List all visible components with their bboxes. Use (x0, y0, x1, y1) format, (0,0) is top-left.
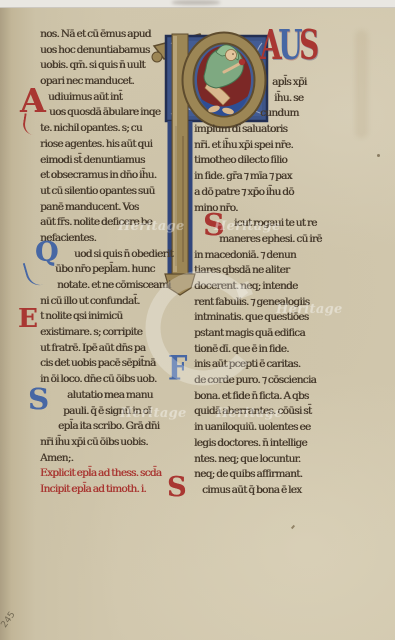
text-line: pauli. q̄ ē signū in oī (63, 404, 172, 420)
text-line: Explicit epl̄a ad thess. scd̄a (40, 466, 172, 482)
text-line: te. nichil opantes. s; cu (40, 121, 172, 137)
initial-f-finis: F (168, 352, 187, 386)
red-flower (239, 59, 245, 65)
parchment-stain (355, 30, 368, 138)
text-line: ni cū illo ut confundat̄. (40, 294, 172, 310)
text-line: et obsecramus in dn̄o ih̄u. (40, 168, 172, 184)
initial-s-scimus: S (167, 474, 187, 501)
text-line: uos hoc denuntiabamus (40, 43, 172, 59)
text-line: quidā aberrantes. cōūsi st̄ (194, 404, 320, 420)
text-line: Incipit epl̄a ad timoth. i. (40, 482, 172, 498)
text-line: nr̄i. et ih̄u xp̄i spei nr̄e. (194, 138, 320, 154)
cropped-header-smudge (172, 0, 220, 5)
text-line: intminatis. que questiōes (194, 310, 320, 326)
text-line: docerent. neq; intende (194, 279, 320, 295)
text-line: ntes. neq; que locuntur. (194, 452, 320, 468)
text-line: uos quosdā ābulare inqe (49, 105, 172, 121)
text-line: legis doctores. n̄ intellige (194, 436, 320, 452)
manuscript-page-photo: AUS nos. Nā et cū ēmus apuduos hoc denun… (0, 0, 395, 640)
text-line: ut fratrē. Ipē aūt dn̄s pa (40, 341, 172, 357)
text-line: ut cū silentio opantes suū (40, 184, 172, 200)
text-line: tionē dī. que ē in fide. (194, 342, 320, 358)
text-line: timotheo dilecto filio (194, 153, 320, 169)
text-line: cundum (260, 106, 320, 122)
text-line: t nolite qsi inimicū (40, 309, 172, 325)
text-line: neq; de quibs affirmant. (194, 467, 320, 483)
display-letters-aus: AUS (260, 22, 301, 72)
text-line: in macedoniā. ⁊ denun (194, 248, 320, 264)
text-line: riose agentes. his aūt qui (40, 137, 172, 153)
text-line: impium dī saluatoris (194, 122, 320, 138)
text-line: opari nec manducet. (40, 74, 172, 90)
text-line: pstant magis quā edifica (194, 326, 320, 342)
text-line: a dō patre ⁊ xp̄o ih̄u dō (194, 185, 320, 201)
text-line: Amen;. (40, 451, 172, 467)
initial-e-et: E (18, 306, 38, 332)
text-line: nr̄i ih̄u xp̄i cū ōibs uobis. (40, 435, 172, 451)
text-line: alutatio mea manu (67, 388, 172, 404)
text-line: eimodi st̄ denuntiamus (40, 153, 172, 169)
text-line: nos. Nā et cū ēmus apud (40, 27, 172, 43)
ink-speck (377, 154, 380, 157)
text-line: rent fabulis. ⁊ genealogiis (194, 295, 320, 311)
text-line: ūbo nr̄o pepl̄am. hunc (55, 262, 172, 278)
text-line: inis aūt pcepti ē caritas. (194, 357, 320, 373)
text-line: ih̄u. se (274, 91, 320, 107)
display-letter: U (278, 21, 299, 69)
text-line: existimare. s; corripite (40, 325, 172, 341)
ink-speck (291, 525, 295, 529)
display-letter: S (299, 21, 316, 69)
text-line: cimus aūt q̄ bona ē lex (202, 483, 320, 499)
text-line: aūt fr̄s. nolite deficere be (40, 215, 172, 231)
text-line: de corde puro. ⁊ cōsciencia (194, 373, 320, 389)
left-column-text: nos. Nā et cū ēmus apuduos hoc denuntiab… (40, 27, 172, 498)
text-line: panē manducent. Vos (40, 200, 172, 216)
face (226, 50, 237, 61)
right-column-text: apl̄s xp̄iih̄u. secundumimpium dī saluat… (194, 75, 320, 499)
text-line: udiuimus aūt int̄ (48, 90, 172, 106)
text-line: apl̄s xp̄i (272, 75, 320, 91)
text-line: nefacientes. (40, 231, 172, 247)
text-line: maneres ephesi. cū irē (219, 232, 320, 248)
text-line: in fide. gr̄a ⁊ mīa ⁊ pax (194, 169, 320, 185)
text-line: in ōi loco. dn̄e cū ōibs uob. (40, 372, 172, 388)
stem-highlight (173, 36, 177, 272)
text-line: epl̄a ita scribo. Grā dn̄i (58, 419, 172, 435)
text-line: uobis. qm̄. si quis n̄ uult (40, 58, 172, 74)
initial-q-quod: Q (35, 239, 59, 266)
text-line: tiares qbsdā ne aliter (194, 263, 320, 279)
eye (232, 53, 234, 55)
text-line: cis det uobis pacē sēpit̄nā (40, 356, 172, 372)
text-line: in uaniloquiū. uolentes ee (194, 420, 320, 436)
display-letter: A (260, 21, 278, 69)
text-line: bona. et fide n̄ ficta. A qbs (194, 389, 320, 405)
initial-s-salutatio: S (28, 385, 49, 414)
text-line: notate. et ne cōmisceami (57, 278, 172, 294)
text-line: icut rogaui te ut re (234, 216, 320, 232)
text-line: uod si quis n̄ obedierit (74, 247, 172, 263)
initial-s-sicut: S (203, 211, 225, 241)
initial-a-audiuimus: A (20, 84, 46, 117)
page-number-annotation: 245 (0, 610, 18, 630)
